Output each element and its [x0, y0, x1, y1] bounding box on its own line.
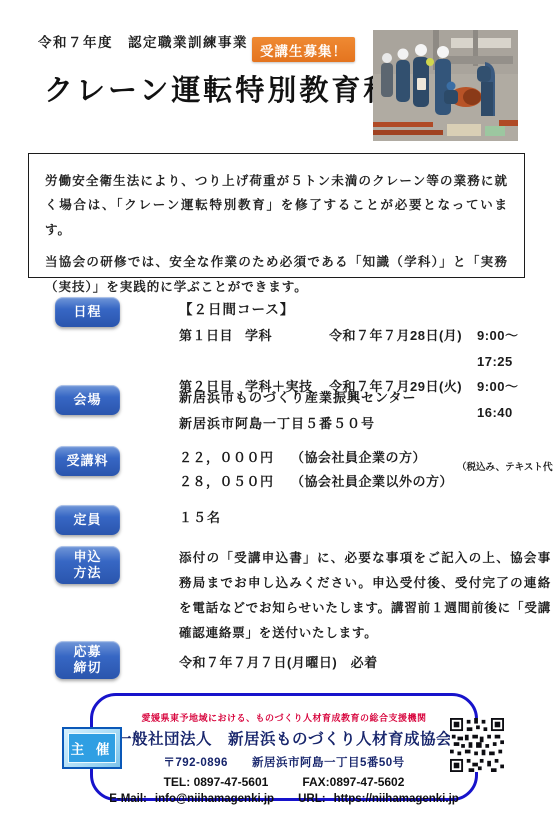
organizer-address: 〒792-0896 新居浜市阿島一丁目5番50号	[163, 754, 404, 770]
qr-code	[450, 718, 504, 772]
organizer-badge: 主 催	[62, 727, 122, 769]
page-title: クレーン運転特別教育科	[44, 68, 395, 109]
fee-target: （協会社員企業の方）	[291, 446, 453, 470]
fee-amount: ２８，０５０円	[179, 470, 291, 494]
schedule-course-title: 【２日間コース】	[179, 297, 553, 323]
fee-amount: ２２，０００円	[179, 446, 291, 470]
application-label-line2: 方法	[73, 565, 101, 581]
email-label: E-Mail:	[109, 793, 147, 805]
section-venue: 会場 新居浜市ものづくり産業振興センター 新居浜市阿島一丁目５番５０号	[55, 385, 416, 436]
intro-paragraph-1: 労働安全衛生法により、つり上げ荷重が５トン未満のクレーン等の業務に就く場合は、「…	[45, 169, 508, 242]
section-capacity: 定員 １５名	[55, 505, 221, 535]
flyer-page: 令和７年度 認定職業訓練事業 受講生募集！ クレーン運転特別教育科	[0, 0, 553, 838]
venue-name: 新居浜市ものづくり産業振興センター	[179, 385, 416, 411]
fee-label: 受講料	[55, 446, 120, 476]
section-fee: 受講料 ２２，０００円 （協会社員企業の方） ２８，０５０円 （協会社員企業以外…	[55, 446, 453, 494]
application-label: 申込 方法	[55, 546, 120, 584]
deadline-label-line2: 締切	[73, 660, 101, 676]
organizer-url: https://niihamagenki.jp	[334, 793, 459, 805]
schedule-time: 9:00～17:25	[477, 323, 553, 374]
capacity-label: 定員	[55, 505, 120, 535]
organizer-tel: TEL: 0897-47-5601	[164, 775, 269, 789]
organizer-name: 一般社団法人 新居浜ものづくり人材育成協会	[116, 727, 452, 749]
schedule-subject: 学科	[245, 323, 329, 374]
deadline-value: 令和７年７月７日(月曜日) 必着	[179, 650, 378, 676]
organizer-telfax: TEL: 0897-47-5601 FAX:0897-47-5602	[164, 775, 405, 789]
fee-tax-note: （税込み、テキスト代込み）	[457, 459, 553, 473]
venue-address: 新居浜市阿島一丁目５番５０号	[179, 411, 416, 437]
recruit-badge: 受講生募集！	[252, 37, 355, 62]
organizer-info-box: 愛媛県東予地域における、ものづくり人材育成教育の総合支援機関 一般社団法人 新居…	[90, 693, 478, 801]
deadline-label: 応募 締切	[55, 641, 120, 679]
program-type-text: 令和７年度 認定職業訓練事業	[38, 31, 248, 51]
organizer-fax: FAX:0897-47-5602	[302, 775, 404, 789]
intro-paragraph-2: 当協会の研修では、安全な作業のため必須である「知識（学科）」と「実務（実技）」を…	[45, 250, 508, 299]
venue-label: 会場	[55, 385, 120, 415]
fee-row-1: ２２，０００円 （協会社員企業の方）	[179, 446, 453, 470]
schedule-row-1: 第１日目 学科 令和７年７月28日(月) 9:00～17:25	[179, 323, 553, 374]
organizer-contact-line: E-Mail: info@niihamagenki.jp URL: https:…	[109, 793, 459, 805]
url-label: URL:	[298, 793, 325, 805]
intro-box: 労働安全衛生法により、つり上げ荷重が５トン未満のクレーン等の業務に就く場合は、「…	[28, 153, 525, 278]
section-deadline: 応募 締切 令和７年７月７日(月曜日) 必着	[55, 641, 378, 679]
training-photo	[373, 30, 518, 141]
organizer-email: info@niihamagenki.jp	[155, 793, 274, 805]
capacity-value: １５名	[179, 505, 221, 531]
schedule-label: 日程	[55, 297, 120, 327]
schedule-day: 第１日目	[179, 323, 245, 374]
section-application: 申込 方法 添付の「受講申込書」に、必要な事項をご記入の上、協会事務局までお申し…	[55, 546, 551, 646]
schedule-date: 令和７年７月28日(月)	[329, 323, 477, 374]
application-text: 添付の「受講申込書」に、必要な事項をご記入の上、協会事務局までお申し込みください…	[179, 546, 551, 646]
fee-target: （協会社員企業以外の方）	[291, 470, 453, 494]
application-label-line1: 申込	[73, 549, 101, 565]
fee-row-2: ２８，０５０円 （協会社員企業以外の方）	[179, 470, 453, 494]
organizer-badge-text: 主 催	[68, 733, 116, 763]
organizer-tagline: 愛媛県東予地域における、ものづくり人材育成教育の総合支援機関	[141, 711, 426, 724]
schedule-time: 9:00～16:40	[477, 374, 553, 425]
deadline-label-line1: 応募	[73, 644, 101, 660]
